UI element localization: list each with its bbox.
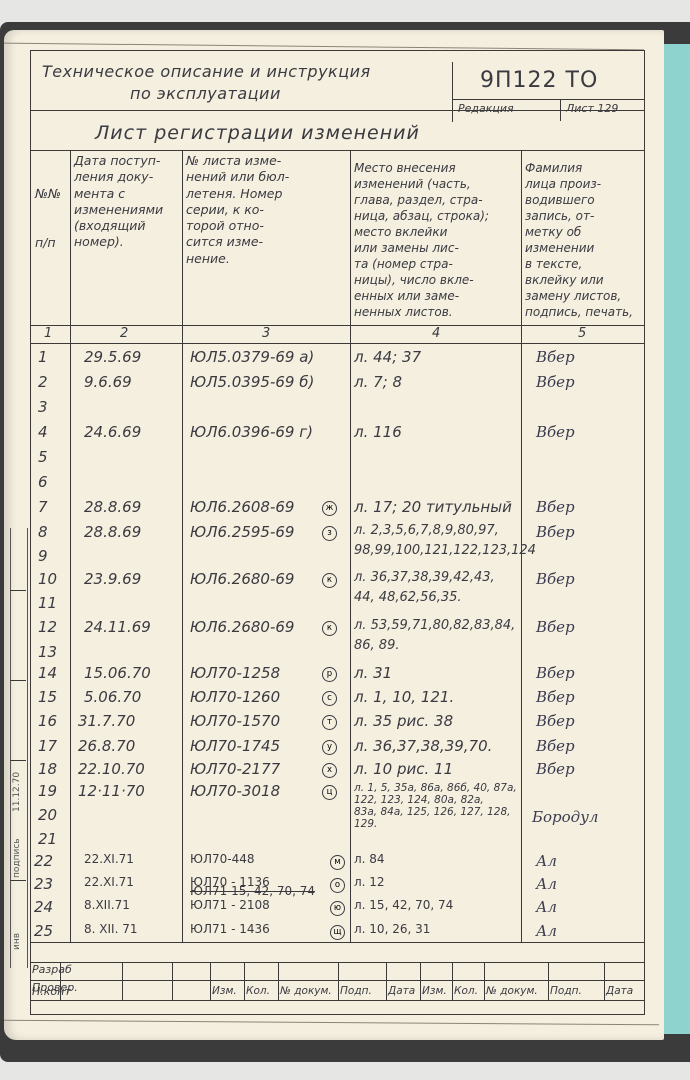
margin-stamp	[10, 528, 28, 968]
row-mark-circled: к	[322, 573, 337, 588]
row-place: л. 44; 37	[354, 348, 421, 366]
row-date: 22.XI.71	[84, 852, 134, 866]
row-number: 2	[38, 373, 48, 391]
row-signature: Ал	[536, 898, 557, 916]
row-signature: Вбер	[536, 664, 575, 682]
row-place: 86, 89.	[354, 638, 399, 653]
edition-label: Редакция	[458, 102, 514, 115]
row-doc-number: ЮЛ71 - 2108	[190, 898, 270, 912]
row-mark: г)	[294, 423, 313, 441]
row-signature: Вбер	[536, 348, 575, 366]
row-mark: б)	[294, 373, 314, 391]
footer-col-label: Изм.	[212, 985, 237, 997]
row-doc-number: ЮЛ6.2608-69	[190, 498, 294, 516]
row-doc-number: ЮЛ70-1260	[190, 688, 280, 706]
row-date: 31.7.70	[78, 712, 135, 730]
row-mark-circled: к	[322, 621, 337, 636]
row-mark-circled: т	[322, 715, 337, 730]
row-doc-number: ЮЛ5.0395-69 б)	[190, 373, 314, 391]
row-place: л. 1, 5, 35а, 86а, 86б, 40, 87а,	[354, 782, 517, 794]
row-doc-number: ЮЛ70-1258	[190, 664, 280, 682]
row-place: л. 17; 20 титульный	[354, 498, 512, 516]
page-tab-edge	[664, 44, 690, 1034]
row-date: 22.10.70	[78, 760, 145, 778]
row-doc-number: ЮЛ70-1570	[190, 712, 280, 730]
row-place: л. 15, 42, 70, 74	[354, 898, 453, 912]
row-signature: Вбер	[536, 760, 575, 778]
row-doc-struck: ЮЛ71 15, 42, 70, 74	[190, 884, 315, 898]
doc-title-line1: Техническое описание и инструкция	[42, 62, 371, 81]
row-mark-circled: щ	[330, 925, 345, 940]
row-doc-number: ЮЛ6.2680-69	[190, 618, 294, 636]
row-date: 29.5.69	[84, 348, 141, 366]
footer-col-label: № докум.	[486, 985, 538, 997]
footer-col-label: Кол.	[454, 985, 478, 997]
col-header-1: №№ п/п	[35, 186, 61, 251]
row-signature: Вбер	[536, 523, 575, 541]
row-doc-number: ЮЛ5.0379-69 а)	[190, 348, 314, 366]
col-num-4: 4	[432, 326, 440, 341]
col-num-3: 3	[262, 326, 270, 341]
row-date: 9.6.69	[84, 373, 132, 391]
row-signature: Вбер	[536, 423, 575, 441]
row-doc-number: ЮЛ70-3018	[190, 782, 280, 800]
row-number: 3	[38, 398, 48, 416]
row-number: 15	[38, 688, 57, 706]
row-place: л. 2,3,5,6,7,8,9,80,97,	[354, 523, 499, 538]
row-place: 98,99,100,121,122,123,124	[354, 543, 536, 558]
footer-col-label: Подп.	[550, 985, 582, 997]
col-num-1: 1	[44, 326, 52, 341]
row-number: 10	[38, 570, 57, 588]
row-number: 11	[38, 594, 57, 612]
row-date: 23.9.69	[84, 570, 141, 588]
col-header-5: Фамилия лица произ- водившего запись, от…	[525, 160, 633, 320]
col-header-3: № листа изме- нений или бюл- летеня. Ном…	[186, 153, 289, 267]
row-place: л. 1, 10, 121.	[354, 688, 454, 706]
row-date: 24.6.69	[84, 423, 141, 441]
row-mark-circled: ц	[322, 785, 337, 800]
col-header-2: Дата поступ- ления доку- мента с изменен…	[74, 153, 163, 251]
col-num-2: 2	[120, 326, 128, 341]
row-signature: Бородул	[532, 808, 598, 826]
row-number: 22	[34, 852, 53, 870]
row-place: л. 12	[354, 875, 385, 889]
footer-col-label: Дата	[388, 985, 415, 997]
row-place: 83а, 84а, 125, 126, 127, 128,	[354, 806, 510, 818]
row-place: л. 35 рис. 38	[354, 712, 453, 730]
row-place: л. 116	[354, 423, 402, 441]
row-place: л. 53,59,71,80,82,83,84,	[354, 618, 515, 633]
doc-code: 9П122 ТО	[480, 68, 598, 93]
row-place: л. 36,37,38,39,42,43,	[354, 570, 495, 585]
row-date: 24.11.69	[84, 618, 151, 636]
row-number: 1	[38, 348, 48, 366]
row-date: 5.06.70	[84, 688, 141, 706]
row-mark-circled: з	[322, 526, 337, 541]
row-mark: а)	[294, 348, 314, 366]
sheet-label: Лист 129	[566, 102, 618, 115]
row-place: л. 10, 26, 31	[354, 922, 430, 936]
margin-stamp-text: инв	[12, 933, 22, 950]
margin-stamp-signature: подпись	[12, 838, 22, 878]
row-signature: Вбер	[536, 498, 575, 516]
row-number: 24	[34, 898, 53, 916]
row-place: л. 36,37,38,39,70.	[354, 737, 492, 755]
row-doc-number: ЮЛ6.2595-69	[190, 523, 294, 541]
row-place: 122, 123, 124, 80а, 82а,	[354, 794, 484, 806]
row-signature: Ал	[536, 875, 557, 893]
row-place: 129.	[354, 818, 377, 830]
col-num-5: 5	[578, 326, 586, 341]
row-number: 16	[38, 712, 57, 730]
row-place: 44, 48,62,56,35.	[354, 590, 462, 605]
row-doc-number: ЮЛ71 - 1436	[190, 922, 270, 936]
margin-stamp-date: 11.12.70	[12, 772, 22, 812]
row-number: 20	[38, 806, 57, 824]
row-mark-circled: ю	[330, 901, 345, 916]
row-date: 28.8.69	[84, 498, 141, 516]
row-number: 13	[38, 643, 57, 661]
row-mark-circled: ж	[322, 501, 337, 516]
col-header-4: Место внесения изменений (часть, глава, …	[354, 160, 489, 320]
row-signature: Вбер	[536, 618, 575, 636]
row-date: 22.XI.71	[84, 875, 134, 889]
row-number: 6	[38, 473, 48, 491]
row-date: 26.8.70	[78, 737, 135, 755]
row-date: 15.06.70	[84, 664, 151, 682]
row-date: 12·11·70	[78, 782, 145, 800]
row-signature: Вбер	[536, 712, 575, 730]
row-mark-circled: х	[322, 763, 337, 778]
row-signature: Вбер	[536, 688, 575, 706]
row-number: 7	[38, 498, 48, 516]
row-signature: Ал	[536, 922, 557, 940]
row-number: 19	[38, 782, 57, 800]
row-mark-circled: о	[330, 878, 345, 893]
row-mark-circled: м	[330, 855, 345, 870]
row-signature: Ал	[536, 852, 557, 870]
row-signature: Вбер	[536, 737, 575, 755]
row-number: 5	[38, 448, 48, 466]
doc-title-line2: по эксплуатации	[130, 84, 281, 103]
row-number: 21	[38, 830, 57, 848]
row-signature: Вбер	[536, 570, 575, 588]
footer-col-label: № докум.	[280, 985, 332, 997]
row-doc-number: ЮЛ6.2680-69	[190, 570, 294, 588]
row-number: 23	[34, 875, 53, 893]
footer-row-label: Разраб	[32, 963, 72, 976]
row-date: 28.8.69	[84, 523, 141, 541]
row-doc-number: ЮЛ70-448	[190, 852, 254, 866]
row-doc-number: ЮЛ6.0396-69 г)	[190, 423, 313, 441]
row-place: л. 84	[354, 852, 385, 866]
row-number: 14	[38, 664, 57, 682]
row-mark-circled: у	[322, 740, 337, 755]
page-title: Лист регистрации изменений	[95, 122, 420, 144]
row-doc-number: ЮЛ70-2177	[190, 760, 280, 778]
row-date: 8. XII. 71	[84, 922, 137, 936]
row-number: 8	[38, 523, 48, 541]
row-mark-circled: р	[322, 667, 337, 682]
row-date: 8.XII.71	[84, 898, 130, 912]
footer-col-label: Подп.	[340, 985, 372, 997]
row-place: л. 31	[354, 664, 392, 682]
row-place: л. 7; 8	[354, 373, 402, 391]
row-number: 18	[38, 760, 57, 778]
footer-row-label: Н.конт	[32, 985, 71, 998]
row-place: л. 10 рис. 11	[354, 760, 453, 778]
footer-col-label: Изм.	[422, 985, 447, 997]
row-signature: Вбер	[536, 373, 575, 391]
footer-col-label: Дата	[606, 985, 633, 997]
row-mark-circled: с	[322, 691, 337, 706]
row-number: 4	[38, 423, 48, 441]
footer-col-label: Кол.	[246, 985, 270, 997]
row-number: 25	[34, 922, 53, 940]
row-doc-number: ЮЛ70-1745	[190, 737, 280, 755]
row-number: 9	[38, 547, 48, 565]
row-number: 12	[38, 618, 57, 636]
row-number: 17	[38, 737, 57, 755]
